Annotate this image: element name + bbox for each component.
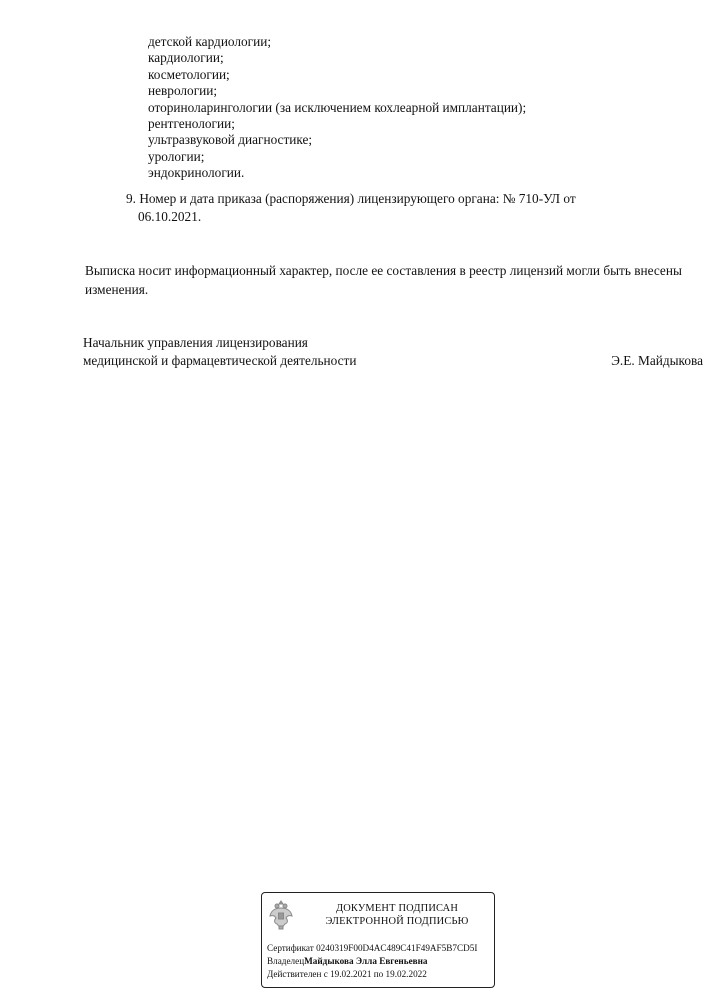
list-item: детской кардиологии; (148, 34, 526, 50)
certificate-label: Сертификат (267, 943, 314, 953)
stamp-title: ДОКУМЕНТ ПОДПИСАН ЭЛЕКТРОННОЙ ПОДПИСЬЮ (302, 903, 492, 928)
activities-list: детской кардиологии; кардиологии; космет… (148, 34, 526, 182)
list-item: неврологии; (148, 83, 526, 99)
signer-position-line1: Начальник управления лицензирования (83, 334, 703, 352)
owner-line: ВладелецМайдыкова Элла Евгеньевна (267, 955, 495, 968)
signature-block: Начальник управления лицензирования меди… (83, 334, 703, 370)
validity-line: Действителен с 19.02.2021 по 19.02.2022 (267, 968, 495, 981)
owner-label: Владелец (267, 956, 304, 966)
list-item: эндокринологии. (148, 165, 526, 181)
certificate-value: 0240319F00D4AC489C41F49AF5B7CD5I (316, 943, 477, 953)
order-text-line1: Номер и дата приказа (распоряжения) лице… (139, 191, 575, 206)
stamp-title-line2: ЭЛЕКТРОННОЙ ПОДПИСЬЮ (302, 916, 492, 929)
digital-signature-stamp: ДОКУМЕНТ ПОДПИСАН ЭЛЕКТРОННОЙ ПОДПИСЬЮ С… (261, 892, 495, 988)
list-item: ультразвуковой диагностике; (148, 132, 526, 148)
signer-name: Э.Е. Майдыкова (611, 352, 703, 370)
order-text-line2: 06.10.2021. (126, 208, 646, 226)
certificate-line: Сертификат 0240319F00D4AC489C41F49AF5B7C… (267, 942, 495, 955)
list-item: кардиологии; (148, 50, 526, 66)
list-item: рентгенологии; (148, 116, 526, 132)
item-number: 9. (126, 191, 136, 206)
order-number-item: 9. Номер и дата приказа (распоряжения) л… (126, 190, 646, 226)
stamp-title-line1: ДОКУМЕНТ ПОДПИСАН (302, 903, 492, 916)
signer-position-line2: медицинской и фармацевтической деятельно… (83, 352, 356, 370)
disclaimer-note: Выписка носит информационный характер, п… (85, 261, 685, 299)
coat-of-arms-icon (268, 898, 294, 932)
list-item: косметологии; (148, 67, 526, 83)
list-item: оториноларингологии (за исключением кохл… (148, 100, 526, 116)
owner-value: Майдыкова Элла Евгеньевна (304, 956, 427, 966)
list-item: урологии; (148, 149, 526, 165)
